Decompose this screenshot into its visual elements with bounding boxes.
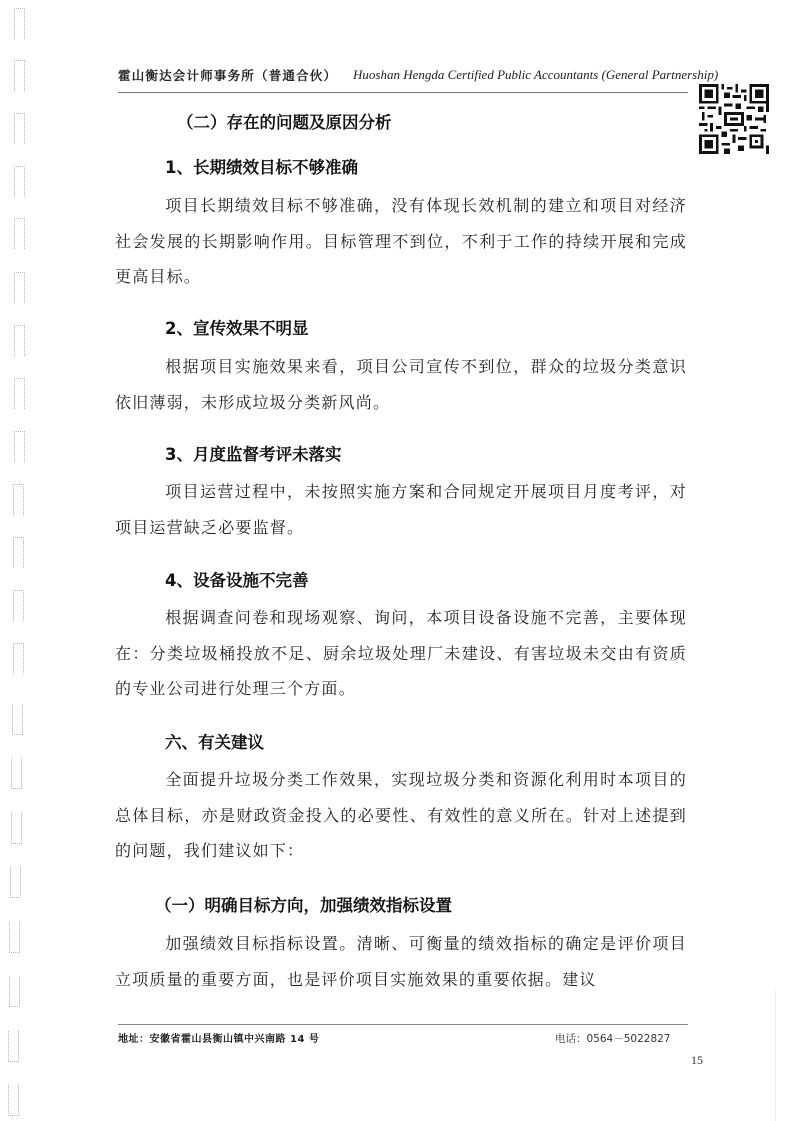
- page-number: 15: [691, 1053, 703, 1068]
- sub-text: 加强绩效目标指标设置。清晰、可衡量的绩效指标的确定是评价项目立项质量的重要方面，…: [115, 926, 687, 997]
- binding-ring-icon: [14, 8, 25, 39]
- firm-name-cn: 霍山衡达会计师事务所（普通合伙）: [118, 66, 337, 84]
- binding-ring-icon: [8, 1031, 19, 1062]
- chapter-text-content: 全面提升垃圾分类工作效果，实现垃圾分类和资源化利用时本项目的总体目标，亦是财政资…: [115, 770, 687, 860]
- binding-ring-icon: [14, 325, 25, 356]
- qr-code-icon: [699, 84, 769, 154]
- binding-ring-icon: [9, 976, 20, 1007]
- issue-heading-4: 4、设备设施不完善: [165, 567, 308, 591]
- issue-heading-3: 3、月度监督考评未落实: [165, 441, 341, 465]
- binding-ring-icon: [14, 378, 25, 409]
- binding-ring-icon: [8, 1085, 19, 1116]
- binding-ring-icon: [11, 758, 22, 789]
- firm-name-en: Huoshan Hengda Certified Public Accounta…: [353, 67, 718, 83]
- issue-heading-2: 2、宣传效果不明显: [165, 315, 308, 339]
- binding-ring-icon: [14, 272, 25, 303]
- binding-ring-icon: [10, 867, 21, 898]
- page-header: 霍山衡达会计师事务所（普通合伙） Huoshan Hengda Certifie…: [118, 64, 690, 92]
- footer-address: 地址：安徽省霍山县衡山镇中兴南路 14 号: [118, 1030, 319, 1045]
- issue-text-1: 项目长期绩效目标不够准确，没有体现长效机制的建立和项目对经济社会发展的长期影响作…: [115, 188, 687, 295]
- sub-heading: （一）明确目标方向，加强绩效指标设置: [155, 892, 452, 916]
- binding-ring-icon: [14, 431, 25, 462]
- binding-ring-icon: [14, 113, 25, 144]
- issue-text-3: 项目运营过程中，未按照实施方案和合同规定开展项目月度考评，对项目运营缺乏必要监督…: [115, 474, 687, 545]
- binding-ring-icon: [12, 704, 23, 735]
- page-edge: [775, 990, 776, 1121]
- issue-text-2: 根据项目实施效果来看，项目公司宣传不到位，群众的垃圾分类意识依旧薄弱，未形成垃圾…: [115, 349, 687, 420]
- binding-ring-icon: [9, 922, 20, 953]
- chapter-heading: 六、有关建议: [165, 729, 264, 753]
- binding-ring-icon: [14, 166, 25, 197]
- binding-ring-icon: [13, 537, 24, 568]
- footer-phone: 电话：0564－5022827: [555, 1031, 671, 1046]
- issue-text-2-content: 根据项目实施效果来看，项目公司宣传不到位，群众的垃圾分类意识依旧薄弱，未形成垃圾…: [115, 357, 687, 412]
- issue-text-3-content: 项目运营过程中，未按照实施方案和合同规定开展项目月度考评，对项目运营缺乏必要监督…: [115, 482, 687, 537]
- binding-ring-icon: [13, 643, 24, 674]
- section-heading: （二）存在的问题及原因分析: [177, 109, 392, 133]
- binding-ring-icon: [13, 590, 24, 621]
- binding-ring-icon: [14, 218, 25, 249]
- binding-ring-icon: [13, 484, 24, 515]
- binding-ring-icon: [11, 813, 22, 844]
- binding-holes: [8, 0, 30, 1121]
- chapter-text: 全面提升垃圾分类工作效果，实现垃圾分类和资源化利用时本项目的总体目标，亦是财政资…: [115, 762, 687, 869]
- binding-ring-icon: [14, 60, 25, 91]
- footer-divider: [118, 1024, 688, 1025]
- issue-text-4: 根据调查问卷和现场观察、询问，本项目设备设施不完善，主要体现在：分类垃圾桶投放不…: [115, 600, 687, 707]
- issue-heading-1: 1、长期绩效目标不够准确: [165, 154, 358, 178]
- sub-text-content: 加强绩效目标指标设置。清晰、可衡量的绩效指标的确定是评价项目立项质量的重要方面，…: [115, 934, 687, 989]
- header-divider: [118, 92, 688, 93]
- issue-text-4-content: 根据调查问卷和现场观察、询问，本项目设备设施不完善，主要体现在：分类垃圾桶投放不…: [115, 608, 687, 698]
- issue-text-1-content: 项目长期绩效目标不够准确，没有体现长效机制的建立和项目对经济社会发展的长期影响作…: [115, 196, 687, 286]
